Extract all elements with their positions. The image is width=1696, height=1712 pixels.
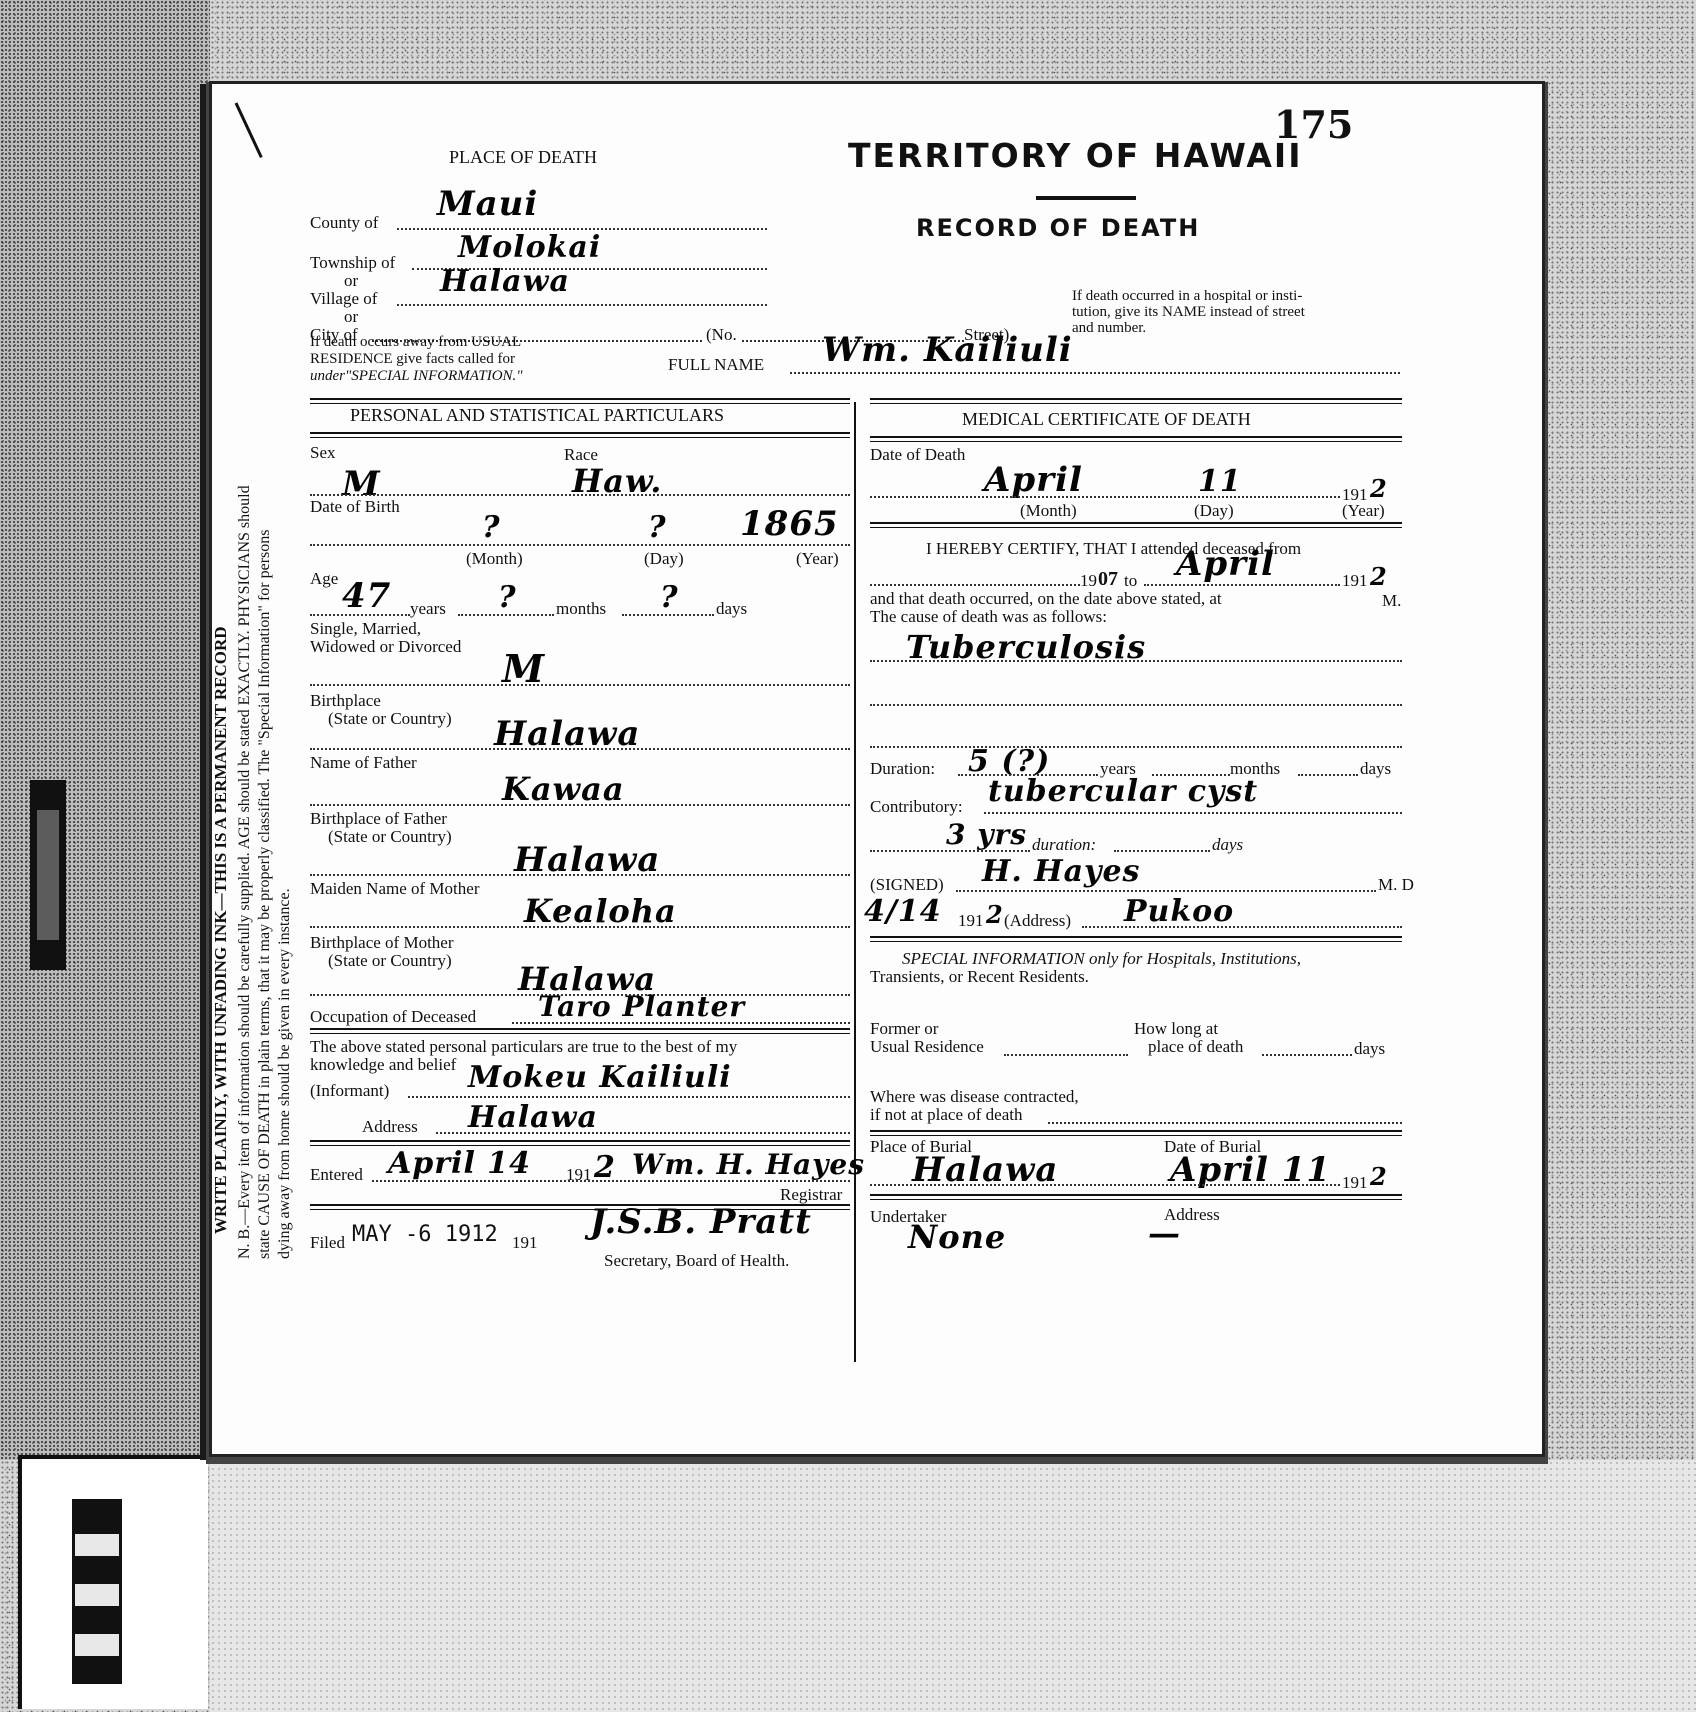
village-value: Halawa [440, 264, 570, 299]
attended-from-year-suffix: 07 [1098, 570, 1118, 588]
title-record-of-death: RECORD OF DEATH [916, 214, 1200, 242]
undertaker-address-value: — [1148, 1214, 1181, 1252]
dob-month-caption: (Month) [466, 550, 523, 568]
death-day-caption: (Day) [1194, 502, 1234, 520]
disease-contracted-label: Where was disease contracted, if not at … [870, 1088, 1079, 1124]
md-label: M. D [1378, 876, 1414, 894]
father-name-label: Name of Father [310, 754, 417, 772]
filed-year-prefix: 191 [512, 1234, 538, 1252]
entered-label: Entered [310, 1166, 363, 1184]
nb-note-line2: state CAUSE OF DEATH in plain terms, tha… [256, 529, 274, 1259]
attended-to-year-prefix: 191 [1342, 572, 1368, 590]
undertaker-value: None [908, 1218, 1006, 1256]
death-year-caption: (Year) [1342, 502, 1385, 520]
contributory-days-label: days [1212, 836, 1243, 854]
secretary-label: Secretary, Board of Health. [604, 1252, 789, 1270]
signed-label: (SIGNED) [870, 876, 944, 894]
contributory-value: tubercular cyst [988, 774, 1258, 809]
death-month-caption: (Month) [1020, 502, 1077, 520]
physician-signature: H. Hayes [982, 854, 1140, 889]
duration-days-label: days [1360, 760, 1391, 778]
mother-name-value: Kealoha [524, 892, 677, 930]
birthplace-label: Birthplace (State or Country) [310, 692, 452, 728]
occupation-value: Taro Planter [538, 990, 745, 1023]
filed-label: Filed [310, 1234, 345, 1252]
occupation-label: Occupation of Deceased [310, 1008, 476, 1026]
attended-to-value: April [1176, 544, 1275, 584]
mother-name-label: Maiden Name of Mother [310, 880, 479, 898]
sign-date-value: 4/14 [864, 894, 942, 929]
marital-label: Single, Married, Widowed or Divorced [310, 620, 461, 656]
date-of-death-label: Date of Death [870, 446, 965, 464]
scan-gauge-card [18, 1455, 208, 1709]
personal-section-heading: PERSONAL AND STATISTICAL PARTICULARS [350, 406, 724, 424]
dob-day-caption: (Day) [644, 550, 684, 568]
age-months-label: months [556, 600, 606, 618]
dob-day-value: ? [648, 510, 667, 545]
burial-year-prefix: 191 [1342, 1174, 1368, 1192]
attended-to-year-suffix: 2 [1370, 562, 1388, 591]
sign-year-prefix: 191 [958, 912, 984, 930]
physician-address-value: Pukoo [1124, 894, 1234, 929]
informant-address-value: Halawa [468, 1100, 598, 1135]
township-label: Township of [310, 254, 395, 272]
scan-gauge-bar [72, 1499, 122, 1684]
age-months-value: ? [498, 580, 517, 615]
sex-label: Sex [310, 444, 336, 462]
how-long-label: How long at place of death [1134, 1020, 1243, 1056]
street-no-label: (No. [706, 326, 737, 344]
binder-tab [30, 780, 66, 970]
death-year-suffix: 2 [1370, 474, 1388, 503]
sign-year-suffix: 2 [986, 900, 1004, 929]
village-label: Village of [310, 290, 377, 308]
physician-address-label: (Address) [1004, 912, 1071, 930]
age-years-label: years [410, 600, 446, 618]
township-value: Molokai [458, 230, 601, 265]
death-record-form: WRITE PLAINLY, WITH UNFADING INK—THIS IS… [212, 84, 1542, 1454]
father-name-value: Kawaa [502, 770, 625, 808]
scan-bottom-margin [210, 1460, 1696, 1712]
death-day-value: 11 [1198, 464, 1242, 499]
cause-intro: The cause of death was as follows: [870, 608, 1107, 626]
special-info-heading: SPECIAL INFORMATION only for Hospitals, … [902, 950, 1301, 968]
special-info-subheading: Transients, or Recent Residents. [870, 968, 1089, 986]
title-divider [1036, 196, 1136, 200]
or-label-1: or [344, 272, 358, 290]
dob-label: Date of Birth [310, 498, 400, 516]
mother-birthplace-label: Birthplace of Mother (State or Country) [310, 934, 454, 970]
age-years-value: 47 [342, 576, 391, 616]
write-plainly-note: WRITE PLAINLY, WITH UNFADING INK—THIS IS… [212, 626, 230, 1234]
medical-section-heading: MEDICAL CERTIFICATE OF DEATH [962, 410, 1251, 428]
nb-note-line1: N. B.—Every item of information should b… [236, 485, 254, 1259]
checkmark-icon [218, 102, 262, 165]
usual-residence-note: If death occurs away from USUAL RESIDENC… [310, 334, 523, 385]
age-days-value: ? [660, 580, 679, 615]
informant-label: (Informant) [310, 1082, 389, 1100]
hospital-note: If death occurred in a hospital or insti… [1072, 288, 1305, 336]
occurred-text: and that death occurred, on the date abo… [870, 590, 1222, 608]
age-label: Age [310, 570, 338, 588]
burial-year-suffix: 2 [1370, 1162, 1388, 1191]
dob-month-value: ? [482, 510, 501, 545]
attended-to-label: to [1124, 572, 1137, 590]
scan-left-margin [0, 0, 210, 1460]
death-month-value: April [984, 460, 1083, 500]
county-label: County of [310, 214, 378, 232]
column-divider [854, 402, 856, 1362]
registrar-signature: Wm. H. Hayes [632, 1148, 865, 1181]
secretary-signature: J.S.B. Pratt [590, 1202, 812, 1242]
county-value: Maui [437, 184, 538, 224]
entered-date-value: April 14 [388, 1146, 531, 1181]
former-residence-label: Former or Usual Residence [870, 1020, 984, 1056]
informant-address-label: Address [362, 1118, 418, 1136]
place-of-death-heading: PLACE OF DEATH [449, 148, 597, 166]
dob-year-value: 1865 [740, 504, 839, 544]
or-label-2: or [344, 308, 358, 326]
full-name-value: Wm. Kailiuli [822, 330, 1073, 370]
dob-year-caption: (Year) [796, 550, 839, 568]
age-days-label: days [716, 600, 747, 618]
duration-label: Duration: [870, 760, 935, 778]
nb-note-line3: dying away from home should be given in … [276, 888, 294, 1259]
filed-date-stamp: MAY -6 1912 [352, 1222, 498, 1247]
m-label: M. [1382, 592, 1401, 610]
title-territory: TERRITORY OF HAWAII [848, 136, 1302, 175]
informant-value: Mokeu Kailiuli [468, 1060, 732, 1095]
how-long-days-label: days [1354, 1040, 1385, 1058]
contributory-duration-label: duration: [1032, 836, 1096, 854]
father-birthplace-label: Birthplace of Father (State or Country) [310, 810, 452, 846]
full-name-label: FULL NAME [668, 356, 764, 374]
attended-from-year-prefix: 19 [1080, 572, 1097, 590]
contributory-duration-value: 3 yrs [946, 818, 1027, 851]
contributory-label: Contributory: [870, 798, 963, 816]
